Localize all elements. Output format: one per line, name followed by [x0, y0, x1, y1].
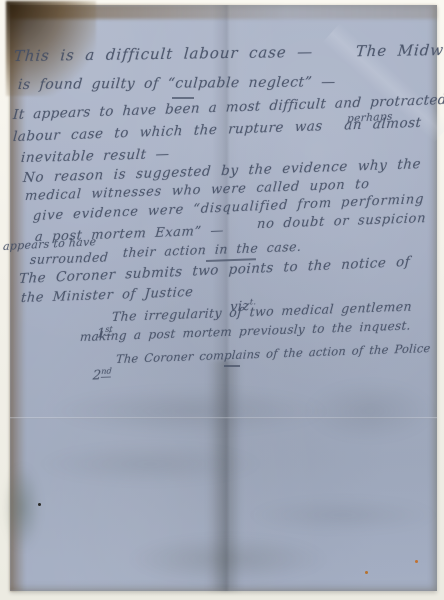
bleedthrough-smudge	[128, 535, 328, 583]
ms-marker-second: 2nd	[66, 351, 113, 399]
scanned-document: This is a difficult labour case — The Mi…	[0, 0, 444, 600]
bleedthrough-smudge	[248, 497, 438, 533]
ink-speck	[38, 503, 41, 506]
bleedthrough-smudge	[38, 443, 263, 485]
ms-line-coroner-complains: The Coroner complains of the action of t…	[116, 341, 431, 366]
ms-line-verdict: is found guilty of “culpable neglect” —	[17, 74, 336, 93]
ms-line-minister-justice: the Minister of Justice	[20, 285, 193, 306]
underline-culpable	[172, 97, 194, 99]
second-superscript: nd	[101, 366, 112, 377]
ms-line-inevitable: inevitable result —	[20, 146, 170, 166]
ms-line-their-action: their action in the case.	[122, 239, 302, 260]
bleedthrough-smudge	[305, 380, 435, 442]
mould-stain-left-margin	[4, 465, 40, 550]
ms-word-surrounded: surrounded	[29, 249, 108, 267]
manuscript-page: This is a difficult labour case — The Mi…	[10, 5, 437, 591]
ms-line-no-doubt: no doubt or suspicion	[256, 211, 426, 232]
rust-speck	[415, 560, 418, 563]
rust-speck	[365, 571, 368, 574]
dash-under-point2	[224, 365, 240, 367]
